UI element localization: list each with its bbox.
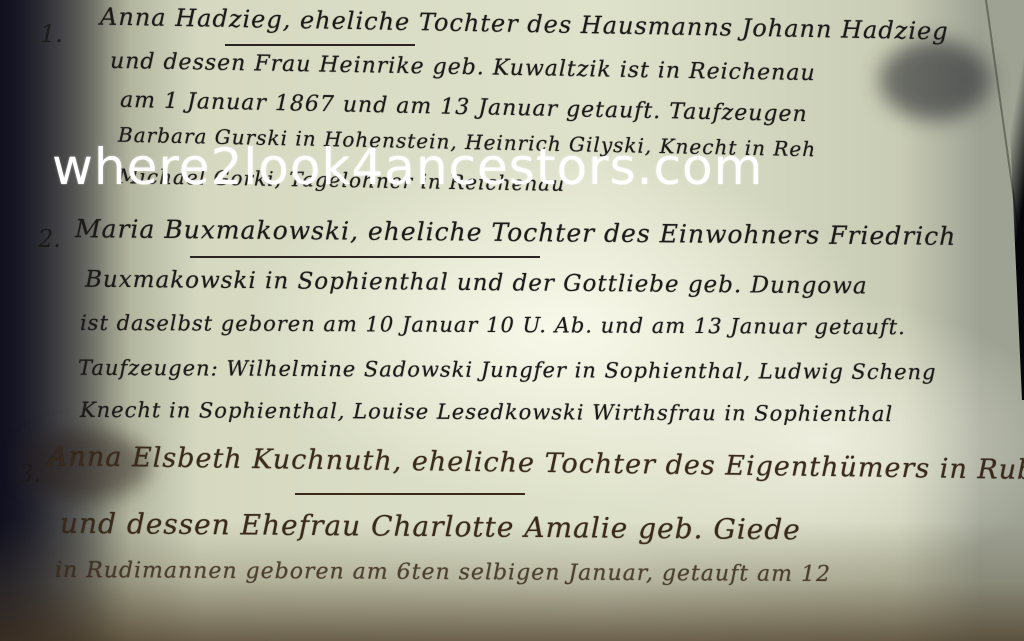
entry-line: Taufzeugen: Wilhelmine Sadowski Jungfer … xyxy=(78,356,937,384)
watermark: where2look4ancestors.com xyxy=(52,138,763,196)
entry-line: am 1 Januar 1867 und am 13 Januar getauf… xyxy=(120,88,808,127)
entry-line: ist daselbst geboren am 10 Januar 10 U. … xyxy=(80,311,906,339)
document-photo: 1. Anna Hadzieg, eheliche Tochter des Ha… xyxy=(0,0,1024,641)
entry-number: 1. xyxy=(40,20,63,48)
name-underline xyxy=(190,256,540,258)
entry-number: 3. xyxy=(18,460,41,488)
entry-number: 2. xyxy=(38,225,61,253)
entry-line: Anna Hadzieg, eheliche Tochter des Hausm… xyxy=(100,3,949,46)
entry-line: und dessen Frau Heinrike geb. Kuwaltzik … xyxy=(110,49,816,86)
entry-line: und dessen Ehefrau Charlotte Amalie geb.… xyxy=(60,507,801,546)
ink-smudge xyxy=(880,40,990,120)
name-underline xyxy=(295,493,525,495)
entry-line: in Rudimannen geboren am 6ten selbigen J… xyxy=(55,558,831,587)
entry-line: Maria Buxmakowski, eheliche Tochter des … xyxy=(75,214,957,251)
entry-line: Buxmakowski in Sophienthal und der Gottl… xyxy=(85,267,868,300)
name-underline xyxy=(225,44,415,46)
entry-line: Knecht in Sophienthal, Louise Lesedkowsk… xyxy=(80,398,893,426)
entry-line: Anna Elsbeth Kuchnuth, eheliche Tochter … xyxy=(48,441,1024,486)
